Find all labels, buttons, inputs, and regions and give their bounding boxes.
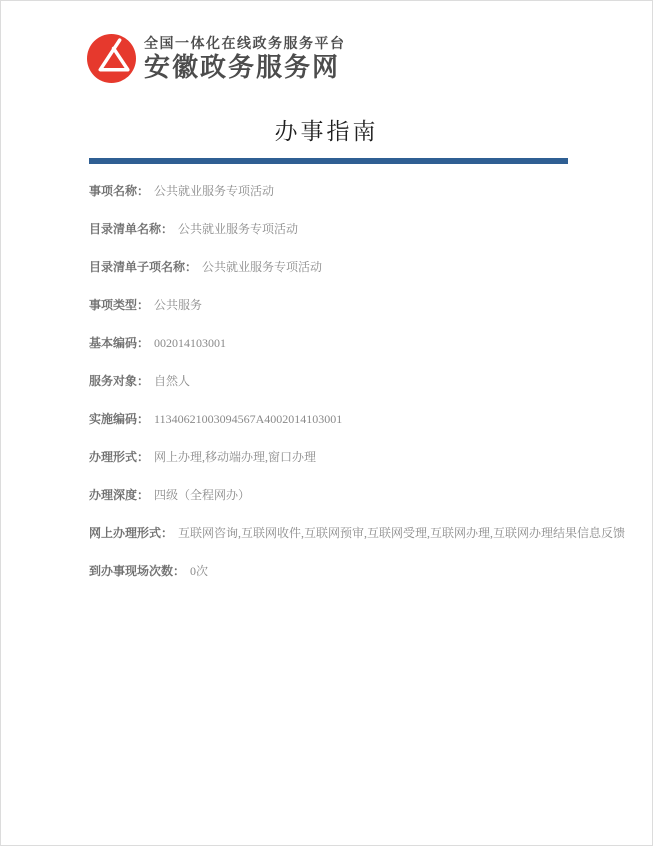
field-label: 实施编码： <box>89 412 149 426</box>
field-value: 公共就业服务专项活动 <box>154 184 274 198</box>
field-label: 事项类型： <box>89 298 149 312</box>
field-label: 到办事现场次数： <box>89 564 185 578</box>
field-label: 网上办理形式： <box>89 526 173 540</box>
title-divider <box>89 158 568 164</box>
field-label: 服务对象： <box>89 374 149 388</box>
field-label: 基本编码： <box>89 336 149 350</box>
field-list: 事项名称：公共就业服务专项活动 目录清单名称：公共就业服务专项活动 目录清单子项… <box>89 185 568 578</box>
field-row: 实施编码：11340621003094567A4002014103001 <box>89 413 568 426</box>
field-row: 办理形式：网上办理,移动端办理,窗口办理 <box>89 451 568 464</box>
field-value: 公共就业服务专项活动 <box>178 222 298 236</box>
field-row: 基本编码：002014103001 <box>89 337 568 350</box>
field-row: 目录清单子项名称：公共就业服务专项活动 <box>89 261 568 274</box>
field-label: 办理形式： <box>89 450 149 464</box>
field-value: 002014103001 <box>154 336 226 350</box>
field-row: 事项名称：公共就业服务专项活动 <box>89 185 568 198</box>
service-guide-page: 全国一体化在线政务服务平台 安徽政务服务网 办事指南 事项名称：公共就业服务专项… <box>0 0 653 846</box>
field-value: 公共就业服务专项活动 <box>202 260 322 274</box>
field-label: 事项名称： <box>89 184 149 198</box>
brand-text-block: 全国一体化在线政务服务平台 安徽政务服务网 <box>144 36 346 82</box>
anhui-gov-logo-icon <box>87 34 136 83</box>
page-title: 办事指南 <box>1 113 652 146</box>
field-value: 11340621003094567A4002014103001 <box>154 412 342 426</box>
field-row: 网上办理形式：互联网咨询,互联网收件,互联网预审,互联网受理,互联网办理,互联网… <box>89 527 568 540</box>
field-row: 服务对象：自然人 <box>89 375 568 388</box>
field-row: 办理深度：四级（全程网办） <box>89 489 568 502</box>
field-value: 0次 <box>190 564 208 578</box>
field-label: 目录清单子项名称： <box>89 260 197 274</box>
field-label: 办理深度： <box>89 488 149 502</box>
field-label: 目录清单名称： <box>89 222 173 236</box>
field-row: 事项类型：公共服务 <box>89 299 568 312</box>
field-row: 到办事现场次数：0次 <box>89 565 568 578</box>
field-value: 网上办理,移动端办理,窗口办理 <box>154 450 316 464</box>
field-value: 公共服务 <box>154 298 202 312</box>
site-brand[interactable]: 全国一体化在线政务服务平台 安徽政务服务网 <box>87 34 652 83</box>
field-value: 自然人 <box>154 374 190 388</box>
content-area: 事项名称：公共就业服务专项活动 目录清单名称：公共就业服务专项活动 目录清单子项… <box>89 158 568 578</box>
field-value: 四级（全程网办） <box>154 488 250 502</box>
field-value: 互联网咨询,互联网收件,互联网预审,互联网受理,互联网办理,互联网办理结果信息反… <box>178 526 625 540</box>
platform-tagline: 全国一体化在线政务服务平台 <box>144 36 346 51</box>
site-name: 安徽政务服务网 <box>144 53 346 82</box>
logo-circle <box>87 34 136 83</box>
field-row: 目录清单名称：公共就业服务专项活动 <box>89 223 568 236</box>
